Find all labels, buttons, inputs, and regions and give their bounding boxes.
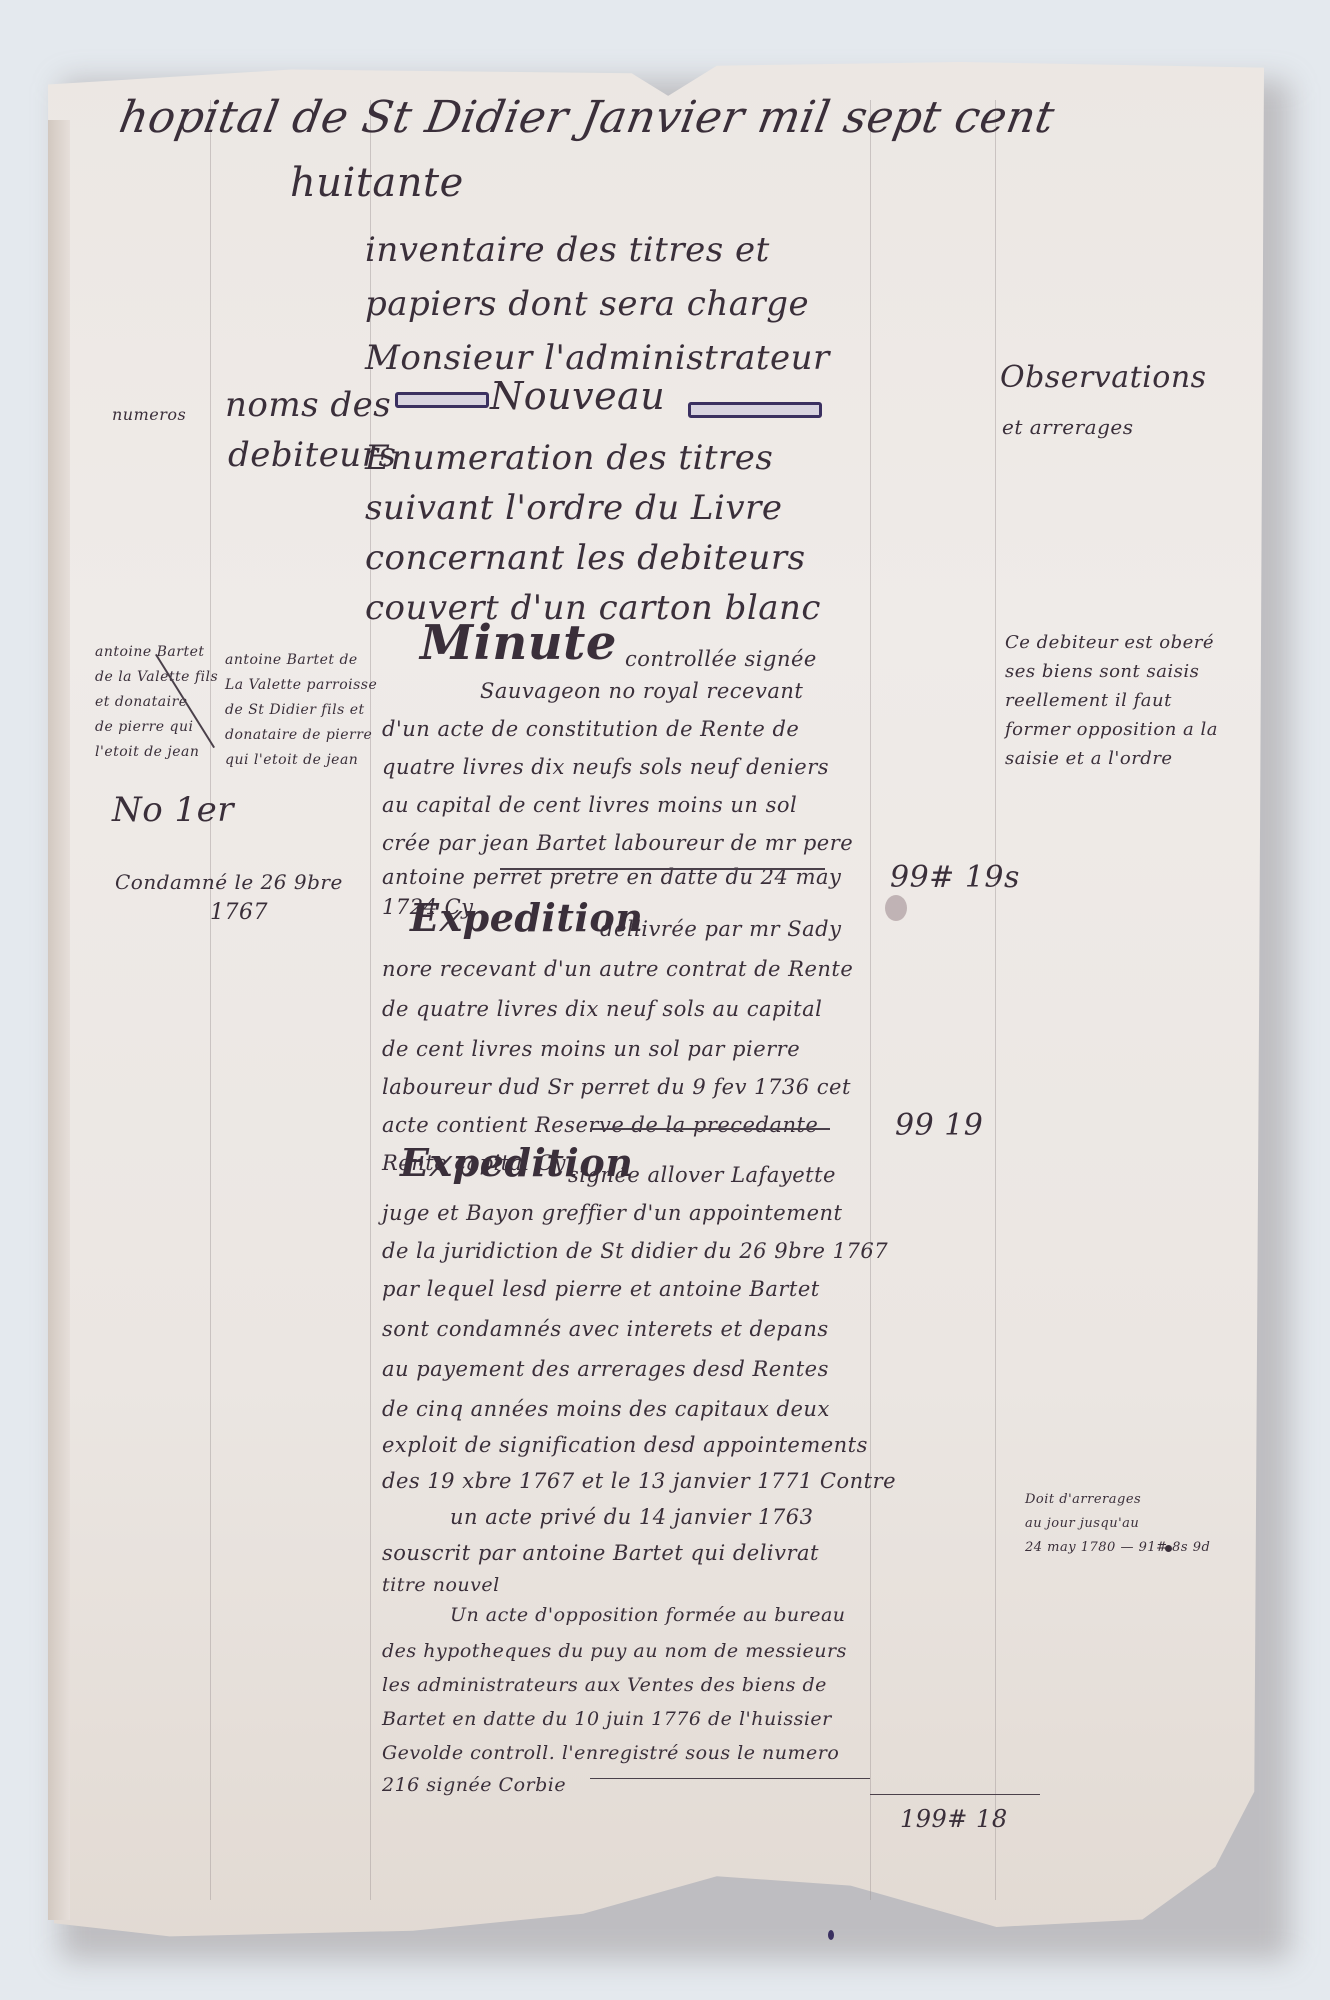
enumeration-line: concernant les debiteurs <box>365 530 806 587</box>
grand-total: 199# 18 <box>900 1805 1008 1833</box>
arrears-note: Doit d'arrerages au jour jusqu'au 24 may… <box>1025 1488 1210 1560</box>
document-title-continued: huitante <box>290 160 464 206</box>
column-header-noms: noms des <box>225 385 391 425</box>
debtor-name: antoine Bartet de La Valette parroisse d… <box>225 648 377 773</box>
decorative-bar <box>395 392 489 408</box>
entry-text: de quatre livres dix neuf sols au capita… <box>382 990 822 1028</box>
ruled-line <box>590 1778 870 1779</box>
entry-text: Sauvageon no royal recevant <box>480 672 803 710</box>
observation-note: Ce debiteur est oberé ses biens sont sai… <box>1005 628 1218 773</box>
entry-amount: 99# 19s <box>890 860 1020 895</box>
entry-text: nore recevant d'un autre contrat de Rent… <box>382 950 853 988</box>
entry-text: sont condamnés avec interets et depans <box>382 1310 829 1348</box>
heading-line: inventaire des titres et <box>365 222 770 279</box>
entry-text: exploit de signification desd appointeme… <box>382 1426 868 1464</box>
entry-text: quatre livres dix neufs sols neuf denier… <box>382 748 829 786</box>
margin-rule <box>995 100 996 1900</box>
enumeration-line: Enumeration des titres <box>365 430 773 487</box>
entry-text: des 19 xbre 1767 et le 13 janvier 1771 C… <box>382 1462 896 1500</box>
entry-text: au payement des arrerages desd Rentes <box>382 1350 829 1388</box>
entry-text: juge et Bayon greffier d'un appointement <box>382 1194 843 1232</box>
entry-text: dellivrée par mr Sady <box>600 910 841 948</box>
ink-stain <box>885 895 907 921</box>
ink-dot <box>828 1930 834 1940</box>
ruled-line <box>500 868 825 870</box>
entry-text: les administrateurs aux Ventes des biens… <box>382 1666 827 1704</box>
margin-rule <box>870 100 871 1900</box>
page-binding-edge <box>48 120 70 1920</box>
ruled-line <box>870 1794 1040 1795</box>
entry-heading-minute: Minute <box>420 615 617 671</box>
entry-number: No 1er <box>112 790 234 830</box>
entry-text: crée par jean Bartet laboureur de mr per… <box>382 824 853 862</box>
entry-text: Bartet en datte du 10 juin 1776 de l'hui… <box>382 1700 832 1738</box>
column-header-nouveau: Nouveau <box>490 374 665 418</box>
entry-text: d'un acte de constitution de Rente de <box>382 710 799 748</box>
margin-rule <box>210 100 211 1900</box>
column-header-observations: Observations <box>1000 360 1207 395</box>
entry-text: signée allover Lafayette <box>568 1156 836 1194</box>
column-header-arrerages: et arrerages <box>1002 415 1134 439</box>
entry-text: de cent livres moins un sol par pierre <box>382 1030 800 1068</box>
entry-text: par lequel lesd pierre et antoine Bartet <box>382 1270 820 1308</box>
entry-text: des hypotheques du puy au nom de messieu… <box>382 1632 847 1670</box>
entry-text: acte contient Reserve de la precedante <box>382 1106 818 1144</box>
heading-line: papiers dont sera charge <box>365 276 809 333</box>
decorative-bar <box>688 402 822 418</box>
entry-text: au capital de cent livres moins un sol <box>382 786 797 824</box>
condemnation-note: Condamné le 26 9bre <box>115 870 343 894</box>
entry-text: laboureur dud Sr perret du 9 fev 1736 ce… <box>382 1068 851 1106</box>
column-header-numeros: numeros <box>112 405 186 424</box>
entry-text: un acte privé du 14 janvier 1763 <box>450 1498 813 1536</box>
enumeration-line: suivant l'ordre du Livre <box>365 480 782 537</box>
entry-text: de la juridiction de St didier du 26 9br… <box>382 1232 888 1270</box>
entry-text: de cinq années moins des capitaux deux <box>382 1390 830 1428</box>
entry-text: Un acte d'opposition formée au bureau <box>450 1596 846 1634</box>
entry-amount: 99 19 <box>895 1108 983 1143</box>
ink-dot <box>1165 1545 1172 1552</box>
entry-text: 216 signée Corbie <box>382 1766 566 1804</box>
condemnation-year: 1767 <box>210 900 268 925</box>
document-title: hopital de St Didier Janvier mil sept ce… <box>116 92 1059 143</box>
ruled-line <box>590 1128 830 1130</box>
